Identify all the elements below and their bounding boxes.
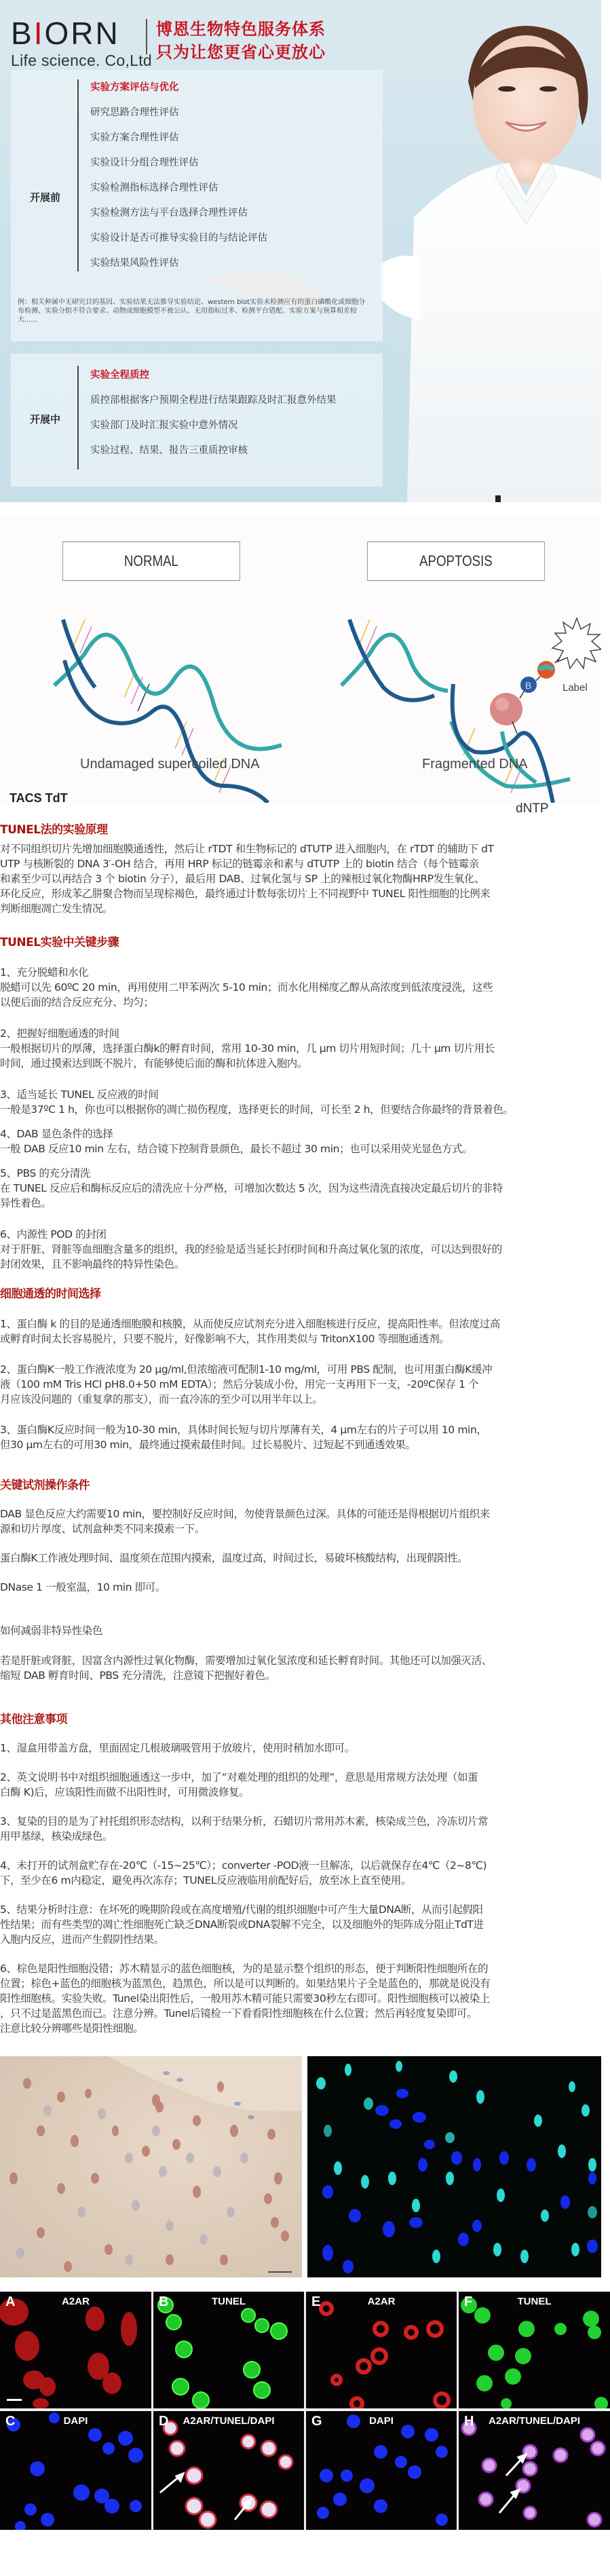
immunofluorescence-figure-grid: A A2AR B TUNEL E A2AR F TUNEL C DAPI D A…	[0, 2292, 610, 2530]
logo-letter: B	[11, 16, 34, 51]
list-item: 实验检测方法与平台选择合理性评估	[90, 205, 267, 230]
panel-e: E A2AR	[306, 2292, 457, 2408]
step-2: 2、把握好细胞通透的时间 一般根据切片的厚薄，选择蛋白酶k的孵育时间，常用 10…	[0, 1026, 597, 1071]
slogan: 博恩生物特色服务体系 只为让您更省心更放心	[156, 18, 326, 64]
reagent-paragraph-1: DAB 显色反应大约需要10 min，要控制好反应时间，勿使背景颜色过深。具体的…	[0, 1507, 597, 1536]
apoptosis-caption: Fragmented DNA	[422, 757, 528, 772]
slogan-line-2: 只为让您更省心更放心	[156, 41, 326, 64]
list-item: 研究思路合理性评估	[90, 105, 267, 130]
list-item: 实验设计分组合理性评估	[90, 155, 267, 180]
step-6: 6、内源性 POD 的封闭 对于肝脏、肾脏等血细胞含量多的组织，我的经验是适当延…	[0, 1227, 597, 1272]
logo-divider	[146, 19, 147, 54]
svg-text:B: B	[525, 680, 531, 691]
principle-paragraph: 对不同组织切片先增加细胞膜通透性，然后让 rTDT 和生物标记的 dTUTP 进…	[0, 841, 597, 916]
divider-line	[77, 366, 79, 470]
nonspecific-paragraph: 若是肝脏或肾脏，因富含内源性过氧化物酶，需要增加过氧化氢浓度和延长孵育时间。其他…	[0, 1653, 597, 1683]
tunel-signal	[153, 2292, 304, 2408]
normal-caption: Undamaged supercoiled DNA	[80, 757, 260, 772]
step-1: 1、充分脱蜡和水化 脱蜡可以先 60ºC 20 min，再用使用二甲苯两次 5-…	[0, 965, 597, 1010]
merged-signal	[153, 2411, 304, 2530]
list-item: 质控部根据客户预期全程进行结果跟踪及时汇报意外结果	[90, 392, 337, 417]
fluorescent-nuclei-pattern	[307, 2056, 601, 2277]
a2ar-signal	[306, 2292, 457, 2408]
panel-a: A A2AR	[0, 2292, 151, 2408]
divider-line	[77, 79, 79, 271]
panel-title: TUNEL	[153, 2296, 304, 2307]
biorn-logo: BIORN Life science. Co,Ltd	[11, 18, 152, 70]
panel-d: D A2AR/TUNEL/DAPI	[153, 2411, 304, 2530]
section-title-key-steps: TUNEL实验中关键步骤	[0, 935, 119, 950]
note-6: 6、棕色是阳性细胞没错；苏木精显示的蓝色细胞核，为的是显示整个组织的形态，便于判…	[0, 1961, 597, 2036]
panel-title: DAPI	[306, 2415, 457, 2427]
panel-title: A2AR	[306, 2296, 457, 2307]
list-item: 实验方案合理性评估	[90, 130, 267, 155]
section-title-principle: TUNEL法的实验原理	[0, 822, 108, 837]
list-item: 实验过程、结果、报告三重质控审核	[90, 442, 337, 468]
panel-g: G DAPI	[306, 2411, 457, 2530]
step-3: 3、适当延长 TUNEL 反应液的时间 一般是37ºC 1 h，你也可以根据你的…	[0, 1087, 597, 1117]
perm-paragraph-1: 1、蛋白酶 k 的目的是通透细胞膜和核膜，从而使反应试剂充分进入细胞核进行反应，…	[0, 1317, 597, 1346]
list-item: 实验结果风险性评估	[90, 255, 267, 280]
label-tag: Label	[563, 682, 588, 694]
before-list: 实验方案评估与优化 研究思路合理性评估 实验方案合理性评估 实验设计分组合理性评…	[90, 79, 267, 280]
logo-bar: I	[34, 16, 45, 51]
nonspecific-subheading: 如何减弱非特异性染色	[0, 1623, 597, 1638]
note-1: 1、湿盒用带盖方盘，里面固定几根玻璃吸管用于放玻片，使用时稍加水即可。	[0, 1741, 597, 1756]
tunel-principle-diagram: B NORMAL APOPTOSIS TACS TdT dNTP Label U…	[0, 518, 601, 803]
panel-title: A2AR/TUNEL/DAPI	[459, 2415, 610, 2427]
reagent-paragraph-3: DNase 1 一般室温，10 min 即可。	[0, 1580, 597, 1595]
panel-c: C DAPI	[0, 2411, 151, 2530]
panel-title: DAPI	[0, 2415, 151, 2427]
panel-title: TUNEL	[459, 2296, 610, 2307]
phase-label-during: 开展中	[30, 412, 60, 426]
scale-bar	[7, 2399, 22, 2401]
tunel-signal	[459, 2292, 610, 2408]
service-banner: BIORN Life science. Co,Ltd 博恩生物特色服务体系 只为…	[0, 0, 601, 502]
scientist-photo	[380, 0, 601, 502]
slogan-line-1: 博恩生物特色服务体系	[156, 18, 326, 41]
panel-f: F TUNEL	[459, 2292, 610, 2408]
note-2: 2、英文说明书中对组织细胞通透这一步中，加了“对难处理的组织的处理”，意思是用常…	[0, 1770, 597, 1800]
list-item: 实验检测指标选择合理性评估	[90, 180, 267, 205]
list-item-heading: 实验方案评估与优化	[90, 79, 267, 105]
fluorescent-tunel-micrograph	[307, 2056, 601, 2277]
panel-b: B TUNEL	[153, 2292, 304, 2408]
during-list: 实验全程质控 质控部根据客户预期全程进行结果跟踪及时汇报意外结果 实验部门及时汇…	[90, 367, 337, 468]
panel-h: H A2AR/TUNEL/DAPI	[459, 2411, 610, 2530]
brightfield-tunel-micrograph	[0, 2056, 302, 2277]
normal-label-box: NORMAL	[62, 542, 240, 581]
panel-title: A2AR/TUNEL/DAPI	[153, 2415, 304, 2427]
list-item-heading: 实验全程质控	[90, 367, 337, 392]
section-title-notes: 其他注意事项	[0, 1712, 67, 1727]
list-item: 实验部门及时汇报实验中意外情况	[90, 417, 337, 442]
enzyme-label: TACS TdT	[9, 791, 68, 806]
apoptosis-label-box: APOPTOSIS	[367, 542, 545, 581]
stained-nuclei-pattern	[0, 2056, 302, 2277]
logo-subtitle: Life science. Co,Ltd	[11, 52, 152, 70]
note-4: 4、未打开的试剂盒贮存在-20℃（-15~25℃）；converter -POD…	[0, 1858, 597, 1888]
dapi-signal	[0, 2411, 151, 2530]
reagent-paragraph-2: 蛋白酶K工作液处理时间、温度须在范围内摸索，温度过高，时间过长，易破坏核酸结构，…	[0, 1551, 597, 1566]
list-item: 实验设计是否可推导实验目的与结论评估	[90, 230, 267, 255]
note-5: 5、结果分析时注意：在坏死的晚期阶段或在高度增殖/代谢的组织细胞中可产生大量DN…	[0, 1902, 597, 1947]
before-panel: 开展前 实验方案评估与优化 研究思路合理性评估 实验方案合理性评估 实验设计分组…	[11, 70, 383, 341]
section-title-permeabilization: 细胞通透的时间选择	[0, 1287, 101, 1302]
a2ar-signal	[0, 2292, 151, 2408]
perm-paragraph-3: 3、蛋白酶K反应时间一般为10-30 min，具体时间长短与切片厚薄有关，4 μ…	[0, 1422, 597, 1452]
logo-letters: ORN	[44, 16, 119, 51]
phase-label-before: 开展前	[30, 190, 60, 204]
merged-signal	[459, 2411, 610, 2530]
during-panel: 开展中 实验全程质控 质控部根据客户预期全程进行结果跟踪及时汇报意外结果 实验部…	[11, 354, 383, 487]
panel-title: A2AR	[0, 2296, 151, 2307]
perm-paragraph-2: 2、蛋白酶K一般工作液浓度为 20 μg/ml,但浓缩液可配制1-10 mg/m…	[0, 1362, 597, 1407]
section-title-reagents: 关键试剂操作条件	[0, 1478, 90, 1493]
step-4: 4、DAB 显色条件的选择 一般 DAB 反应10 min 左右，结合镜下控制背…	[0, 1126, 597, 1156]
note-3: 3、复染的目的是为了衬托组织形态结构，以利于结果分析，石蜡切片常用苏木素，核染成…	[0, 1814, 597, 1844]
dntp-label: dNTP	[516, 801, 549, 816]
step-5: 5、PBS 的充分清洗 在 TUNEL 反应后和酶标反应后的清洗应十分严格，可增…	[0, 1166, 597, 1211]
dapi-signal	[306, 2411, 457, 2530]
example-note: 例：相关种属中无研究目的基因、实验结果无法推导实验结论、western blot…	[18, 298, 370, 324]
